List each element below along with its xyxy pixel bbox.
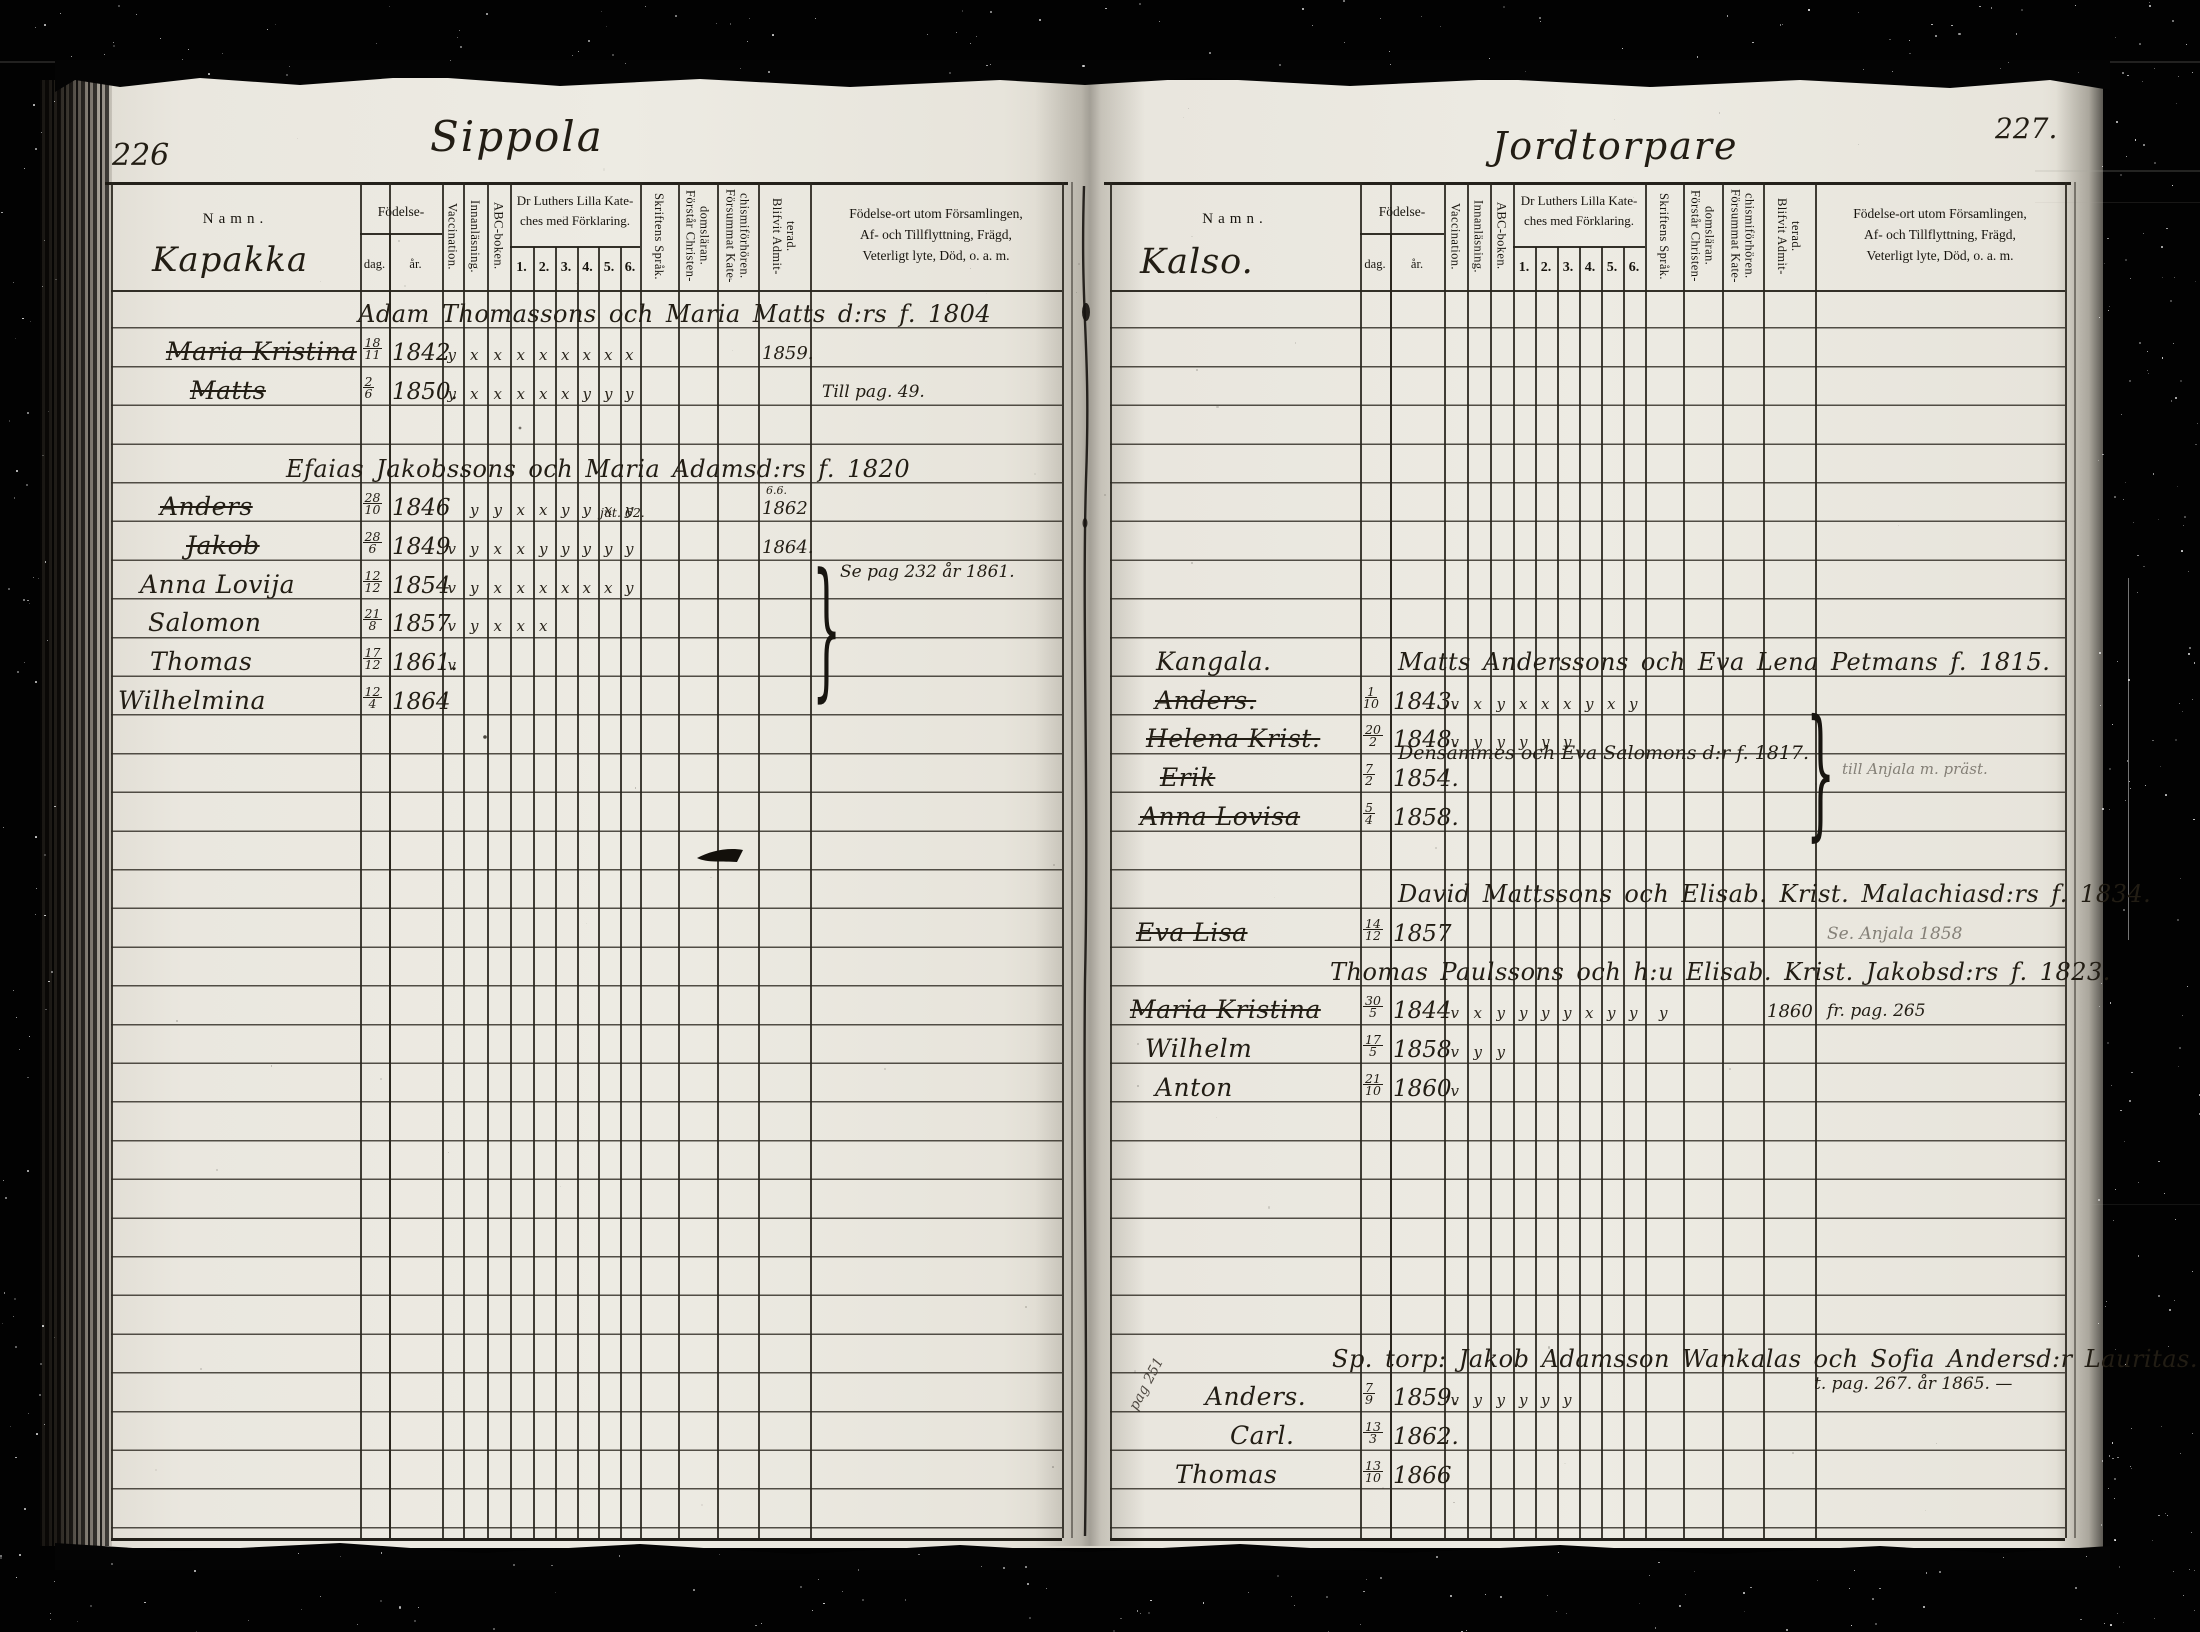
- column-header-katekes-1: 1.: [510, 252, 533, 284]
- page-title-left: Sippola: [430, 112, 604, 161]
- noise-dot: [578, 51, 579, 52]
- margin-note: Se pag 232 år 1861.: [840, 562, 1015, 582]
- noise-dot: [1139, 3, 1141, 5]
- entry-mark: y: [561, 540, 569, 558]
- column-header-abc-box: ABC-boken.: [487, 186, 510, 286]
- noise-dot: [2181, 550, 2183, 552]
- noise-dot: [2102, 166, 2103, 167]
- paper-grain-dot: [970, 268, 971, 269]
- noise-dot: [1540, 21, 1541, 22]
- column-header-vaccination-box: Vaccination.: [442, 186, 463, 286]
- noise-dot: [77, 1621, 78, 1622]
- entry-mark: v: [448, 579, 456, 597]
- entry-birth-day: 133: [1363, 1421, 1383, 1444]
- film-scratch: [2035, 202, 2200, 203]
- noise-dot: [2173, 343, 2174, 344]
- noise-dot: [555, 1592, 556, 1593]
- noise-dot: [1935, 35, 1937, 37]
- noise-dot: [1421, 16, 1422, 17]
- entry-birth-day: 79: [1363, 1382, 1375, 1405]
- noise-dot: [2121, 414, 2122, 415]
- entry-birth-year: 1849: [392, 534, 451, 560]
- noise-dot: [1203, 1602, 1205, 1604]
- column-header-innanlasning: Innanläsning.: [1472, 200, 1486, 273]
- entry-mark: y: [1629, 1004, 1637, 1022]
- column-header-remarks-3: Veterligt lyte, Död, o. a. m.: [1815, 246, 2065, 266]
- noise-dot: [2000, 68, 2002, 70]
- noise-dot: [15, 1346, 17, 1348]
- birth-month: 12: [365, 582, 381, 593]
- noise-dot: [1655, 1627, 1657, 1629]
- paper-grain-dot: [1719, 112, 1720, 113]
- noise-dot: [730, 23, 731, 24]
- film-scratch: [0, 61, 2200, 63]
- entry-mark: x: [517, 346, 525, 364]
- noise-dot: [2179, 1047, 2181, 1049]
- noise-dot: [2125, 800, 2126, 801]
- entry-mark: y: [561, 501, 569, 519]
- noise-dot: [298, 1553, 299, 1554]
- noise-dot: [749, 18, 750, 19]
- paper-grain-dot: [1792, 1452, 1794, 1454]
- noise-dot: [2173, 1571, 2174, 1572]
- entry-birth-day: 124: [363, 686, 383, 709]
- entry-birth-year: 1858.: [1393, 805, 1459, 831]
- entry-mark: y: [1585, 695, 1593, 713]
- noise-dot: [2174, 277, 2175, 278]
- noise-dot: [2117, 1613, 2118, 1614]
- entry-name: Matts: [190, 376, 266, 405]
- noise-dot: [1817, 1580, 1818, 1581]
- noise-dot: [1808, 9, 1809, 10]
- entry-mark: x: [1607, 695, 1615, 713]
- noise-dot: [2192, 699, 2193, 700]
- entry-birth-year: 1842: [392, 340, 451, 366]
- noise-dot: [1979, 6, 1981, 8]
- noise-dot: [24, 1508, 26, 1510]
- noise-dot: [286, 74, 288, 76]
- birth-month: 4: [368, 698, 376, 709]
- noise-dot: [45, 561, 46, 562]
- noise-dot: [1003, 1567, 1005, 1569]
- entry-mark: v: [1451, 695, 1459, 713]
- noise-dot: [693, 1589, 695, 1591]
- noise-dot: [54, 1337, 55, 1338]
- noise-dot: [2164, 1193, 2165, 1194]
- entry-mark: x: [494, 617, 502, 635]
- noise-dot: [918, 1554, 919, 1555]
- entry-mark: x: [470, 346, 478, 364]
- paper-grain-dot: [1188, 108, 1189, 109]
- noise-dot: [1344, 42, 1345, 43]
- entry-mark: y: [625, 385, 633, 403]
- column-header-katekes-line1: Dr Luthers Lilla Kate-: [510, 192, 640, 210]
- entry-mark: x: [1585, 1004, 1593, 1022]
- entry-mark: x: [494, 385, 502, 403]
- noise-dot: [1958, 33, 1960, 35]
- noise-dot: [2099, 317, 2101, 319]
- noise-dot: [962, 10, 964, 12]
- noise-dot: [1525, 71, 1527, 73]
- noise-dot: [2189, 1569, 2190, 1570]
- noise-dot: [14, 1298, 16, 1300]
- entry-mark: y: [470, 617, 478, 635]
- entry-name: Carl.: [1230, 1421, 1294, 1450]
- column-header-abc: ABC-boken.: [1495, 202, 1509, 270]
- entry-birth-day: 286: [363, 531, 383, 554]
- birth-month: 10: [1363, 698, 1379, 709]
- noise-dot: [2167, 1515, 2168, 1516]
- paper-grain-dot: [1898, 525, 1899, 526]
- outer-double-rule: [1071, 182, 1073, 1538]
- noise-dot: [2135, 139, 2136, 140]
- noise-dot: [2109, 1455, 2111, 1457]
- entry-mark: x: [1563, 695, 1571, 713]
- noise-dot: [22, 318, 24, 320]
- entry-mark: y: [625, 579, 633, 597]
- noise-dot: [2172, 20, 2174, 22]
- outer-double-rule: [2074, 182, 2076, 1538]
- paper-grain-dot: [1216, 406, 1219, 409]
- birth-month: 11: [365, 349, 381, 360]
- noise-dot: [1743, 1592, 1745, 1594]
- entry-name: Wilhelmina: [118, 686, 266, 715]
- entry-birth-year: 1858: [1393, 1037, 1452, 1063]
- noise-dot: [376, 43, 377, 44]
- column-header-blifvit-box: Blifvit Admit- terad.: [758, 186, 810, 286]
- entry-mark: y: [1497, 1004, 1505, 1022]
- noise-dot: [1440, 26, 1441, 27]
- column-header-forsummat-box: Försummat Kate- chismiförhören.: [1722, 186, 1763, 286]
- entry-name: Anders.: [1205, 1382, 1306, 1411]
- noise-dot: [956, 32, 957, 33]
- noise-dot: [389, 6, 390, 7]
- noise-dot: [976, 36, 977, 37]
- noise-dot: [47, 640, 48, 641]
- column-header-abc: ABC-boken.: [492, 202, 506, 270]
- column-header-namn: Namn.: [111, 208, 360, 230]
- noise-dot: [2197, 423, 2198, 424]
- noise-dot: [601, 11, 602, 12]
- paper-grain-dot: [1274, 897, 1275, 898]
- entry-mark: y: [1497, 1391, 1505, 1409]
- noise-dot: [1326, 1596, 1328, 1598]
- entry-mark: y: [1519, 1391, 1527, 1409]
- noise-dot: [2117, 1457, 2119, 1459]
- noise-dot: [1, 212, 3, 214]
- noise-dot: [719, 1554, 720, 1555]
- noise-dot: [2154, 1618, 2155, 1619]
- noise-dot: [905, 1599, 907, 1601]
- noise-dot: [740, 68, 741, 69]
- paper-grain-dot: [563, 216, 564, 217]
- noise-dot: [2158, 1515, 2160, 1517]
- noise-dot: [1105, 8, 1106, 9]
- noise-dot: [2152, 740, 2153, 741]
- paper-grain-dot: [421, 323, 423, 325]
- noise-dot: [13, 990, 14, 991]
- noise-dot: [27, 600, 29, 602]
- noise-dot: [44, 24, 46, 26]
- noise-dot: [812, 1610, 813, 1611]
- noise-dot: [2123, 1622, 2124, 1623]
- noise-dot: [35, 681, 37, 683]
- column-header-namn: Namn.: [1110, 208, 1360, 230]
- noise-dot: [1150, 1600, 1152, 1602]
- noise-dot: [2182, 1015, 2183, 1016]
- entry-mark: y: [1497, 695, 1505, 713]
- entry-birth-year: 1859.: [1393, 1385, 1459, 1411]
- entry-mark: y: [494, 501, 502, 519]
- page-number-right: 227.: [1995, 112, 2057, 145]
- paper-grain-dot: [297, 138, 298, 139]
- entry-mark: y: [1607, 1004, 1615, 1022]
- noise-dot: [222, 53, 223, 54]
- column-header-forsummat: Försummat Kate- chismiförhören.: [724, 189, 752, 283]
- noise-dot: [30, 321, 32, 323]
- column-header-katekes-3: 3.: [1557, 252, 1579, 284]
- noise-dot: [3, 1180, 4, 1181]
- noise-dot: [2182, 711, 2183, 712]
- noise-dot: [1951, 25, 1953, 27]
- entry-birth-year: 1854.: [1393, 766, 1459, 792]
- entry-mark: v: [1451, 1082, 1459, 1100]
- noise-dot: [188, 49, 189, 50]
- birth-month: 5: [1369, 1046, 1377, 1057]
- entry-mark: y: [539, 540, 547, 558]
- entry-mark: y: [470, 579, 478, 597]
- noise-dot: [2102, 1460, 2104, 1462]
- noise-dot: [2154, 162, 2156, 164]
- entry-remark: Till pag. 49.: [822, 382, 925, 402]
- fodelse-subrule: [360, 233, 442, 235]
- entry-name: Anna Lovija: [140, 570, 295, 599]
- noise-dot: [2143, 144, 2145, 146]
- noise-dot: [289, 66, 290, 67]
- noise-dot: [24, 168, 25, 169]
- noise-dot: [2, 1323, 3, 1324]
- entry-admitted-year: 1860: [1767, 1001, 1813, 1022]
- noise-dot: [2191, 1532, 2192, 1533]
- column-header-katekes-line2: ches med Förklaring.: [510, 212, 640, 230]
- noise-dot: [2099, 1006, 2100, 1007]
- birth-month: 6: [365, 388, 373, 399]
- entry-mark: x: [1474, 1004, 1482, 1022]
- entry-mark: x: [539, 385, 547, 403]
- noise-dot: [1744, 1611, 1745, 1612]
- noise-dot: [2131, 1468, 2132, 1469]
- noise-dot: [9, 420, 11, 422]
- entry-admitted-year: 1859.: [762, 343, 814, 364]
- noise-dot: [1622, 48, 1623, 49]
- noise-dot: [1752, 42, 1754, 44]
- noise-dot: [625, 63, 626, 64]
- noise-dot: [2183, 1595, 2184, 1596]
- noise-dot: [2131, 1428, 2132, 1429]
- noise-dot: [2180, 380, 2182, 382]
- noise-dot: [645, 6, 646, 7]
- noise-dot: [493, 1628, 495, 1630]
- entry-name: Anna Lovisa: [1140, 802, 1300, 831]
- column-header-katekes-5: 5.: [598, 252, 620, 284]
- column-rule: [1062, 182, 1064, 1538]
- entry-birth-day: 26: [363, 376, 375, 399]
- noise-dot: [33, 104, 35, 106]
- entry-remark: fr. pag. 265: [1827, 1001, 1926, 1021]
- noise-dot: [320, 1596, 321, 1597]
- noise-dot: [2112, 1458, 2114, 1460]
- noise-dot: [2078, 72, 2079, 73]
- column-header-skrift-box: Skriftens Språk.: [640, 186, 678, 286]
- noise-dot: [2109, 306, 2110, 307]
- entry-mark: y: [448, 346, 456, 364]
- noise-dot: [1639, 1603, 1640, 1604]
- paper-grain-dot: [603, 168, 605, 170]
- column-header-forstar: Förstår Christen- domsläran.: [1689, 190, 1717, 282]
- entry-name: Eva Lisa: [1136, 918, 1248, 947]
- noise-dot: [51, 971, 53, 973]
- column-header-remarks-2: Af- och Tillflyttning, Frägd,: [1815, 225, 2065, 245]
- noise-dot: [1140, 1613, 1141, 1614]
- binding-edge: [40, 80, 112, 1546]
- noise-dot: [1366, 1579, 1367, 1580]
- noise-dot: [1547, 1595, 1548, 1596]
- noise-dot: [986, 65, 988, 67]
- noise-dot: [1649, 1575, 1650, 1576]
- fodelse-subrule: [1360, 233, 1444, 235]
- noise-dot: [1556, 1611, 1557, 1612]
- entry-mark: y: [1659, 1004, 1667, 1022]
- noise-dot: [2179, 703, 2180, 704]
- noise-dot: [10, 1426, 11, 1427]
- noise-dot: [104, 54, 105, 55]
- noise-dot: [1854, 1570, 1855, 1571]
- noise-dot: [8, 588, 10, 590]
- noise-dot: [15, 1457, 17, 1459]
- entry-mark: x: [494, 540, 502, 558]
- column-header-katekes-line2: ches med Förklaring.: [1513, 212, 1645, 230]
- noise-dot: [823, 1603, 825, 1605]
- paper-grain-dot: [1683, 777, 1684, 778]
- noise-dot: [460, 46, 462, 48]
- birth-month: 12: [365, 659, 381, 670]
- noise-dot: [768, 71, 770, 73]
- birth-month: 10: [365, 504, 381, 515]
- noise-dot: [2104, 1623, 2105, 1624]
- table-bottom-border: [111, 1538, 1062, 1541]
- noise-dot: [2178, 76, 2179, 77]
- noise-dot: [1450, 1595, 1452, 1597]
- noise-dot: [2116, 121, 2118, 123]
- entry-birth-year: 1857: [1393, 921, 1452, 947]
- film-scratch: [2090, 1204, 2200, 1205]
- noise-dot: [2137, 555, 2138, 556]
- film-scratch: [2035, 170, 2200, 172]
- noise-dot: [2125, 482, 2126, 483]
- column-header-vaccination-box: Vaccination.: [1444, 186, 1467, 286]
- entry-mark: x: [517, 579, 525, 597]
- noise-dot: [2114, 1539, 2116, 1541]
- noise-dot: [1872, 1598, 1874, 1600]
- noise-dot: [2161, 246, 2163, 248]
- entry-birth-day: 2110: [1363, 1073, 1383, 1096]
- entry-birth-day: 1212: [363, 570, 383, 593]
- noise-dot: [113, 45, 115, 47]
- paper-grain-dot: [1435, 847, 1437, 849]
- entry-birth-year: 1846: [392, 495, 451, 521]
- entry-mark: v: [448, 656, 456, 674]
- noise-dot: [1159, 21, 1160, 22]
- noise-dot: [1750, 1587, 1752, 1589]
- noise-dot: [3, 827, 4, 828]
- noise-dot: [2153, 473, 2154, 474]
- noise-dot: [2194, 1610, 2195, 1611]
- noise-dot: [44, 854, 46, 856]
- noise-dot: [2115, 1189, 2116, 1190]
- noise-dot: [2129, 781, 2130, 782]
- noise-dot: [990, 64, 991, 65]
- noise-dot: [2099, 652, 2101, 654]
- entry-name: Maria Kristina: [1130, 995, 1321, 1024]
- column-header-katekes-5: 5.: [1601, 252, 1623, 284]
- entry-birth-year: 1843.: [1393, 689, 1459, 715]
- noise-dot: [16, 1017, 17, 1018]
- noise-dot: [2108, 310, 2109, 311]
- entry-mark: x: [1519, 695, 1527, 713]
- noise-dot: [42, 1325, 44, 1327]
- birth-month: 8: [368, 620, 376, 631]
- entry-birth-day: 305: [1363, 995, 1383, 1018]
- noise-dot: [2124, 1141, 2125, 1142]
- noise-dot: [1539, 17, 1541, 19]
- column-header-forstar-box: Förstår Christen- domsläran.: [678, 186, 717, 286]
- entry-birth-year: 1844: [1393, 998, 1452, 1024]
- paper-grain-dot: [1078, 263, 1080, 265]
- noise-dot: [1939, 1571, 1941, 1573]
- noise-dot: [2154, 68, 2155, 69]
- column-header-skrift: Skriftens Språk.: [652, 193, 666, 280]
- noise-dot: [1909, 40, 1910, 41]
- entry-mark: x: [561, 579, 569, 597]
- noise-dot: [0, 1557, 2, 1559]
- noise-dot: [41, 132, 42, 133]
- noise-dot: [2126, 156, 2128, 158]
- noise-dot: [1863, 69, 1864, 70]
- noise-dot: [2125, 1364, 2126, 1365]
- noise-dot: [1209, 52, 1211, 54]
- entry-name: Wilhelm: [1145, 1034, 1252, 1063]
- birth-month: 6: [368, 543, 376, 554]
- entry-mark: y: [1629, 695, 1637, 713]
- entry-mark: x: [604, 579, 612, 597]
- noise-dot: [1029, 1617, 1031, 1619]
- noise-dot: [772, 34, 774, 36]
- noise-dot: [2120, 174, 2122, 176]
- noise-dot: [2142, 81, 2144, 83]
- noise-dot: [2109, 809, 2110, 810]
- noise-dot: [26, 484, 28, 486]
- entry-mark: v: [1451, 1391, 1459, 1409]
- noise-dot: [2110, 1624, 2112, 1626]
- column-header-blifvit-box: Blifvit Admit- terad.: [1763, 186, 1815, 286]
- entry-mark: x: [470, 385, 478, 403]
- noise-dot: [414, 1620, 415, 1621]
- noise-dot: [970, 43, 971, 44]
- entry-birth-day: 2810: [363, 492, 383, 515]
- noise-dot: [1889, 39, 1891, 41]
- noise-dot: [513, 1564, 515, 1566]
- noise-dot: [2117, 661, 2118, 662]
